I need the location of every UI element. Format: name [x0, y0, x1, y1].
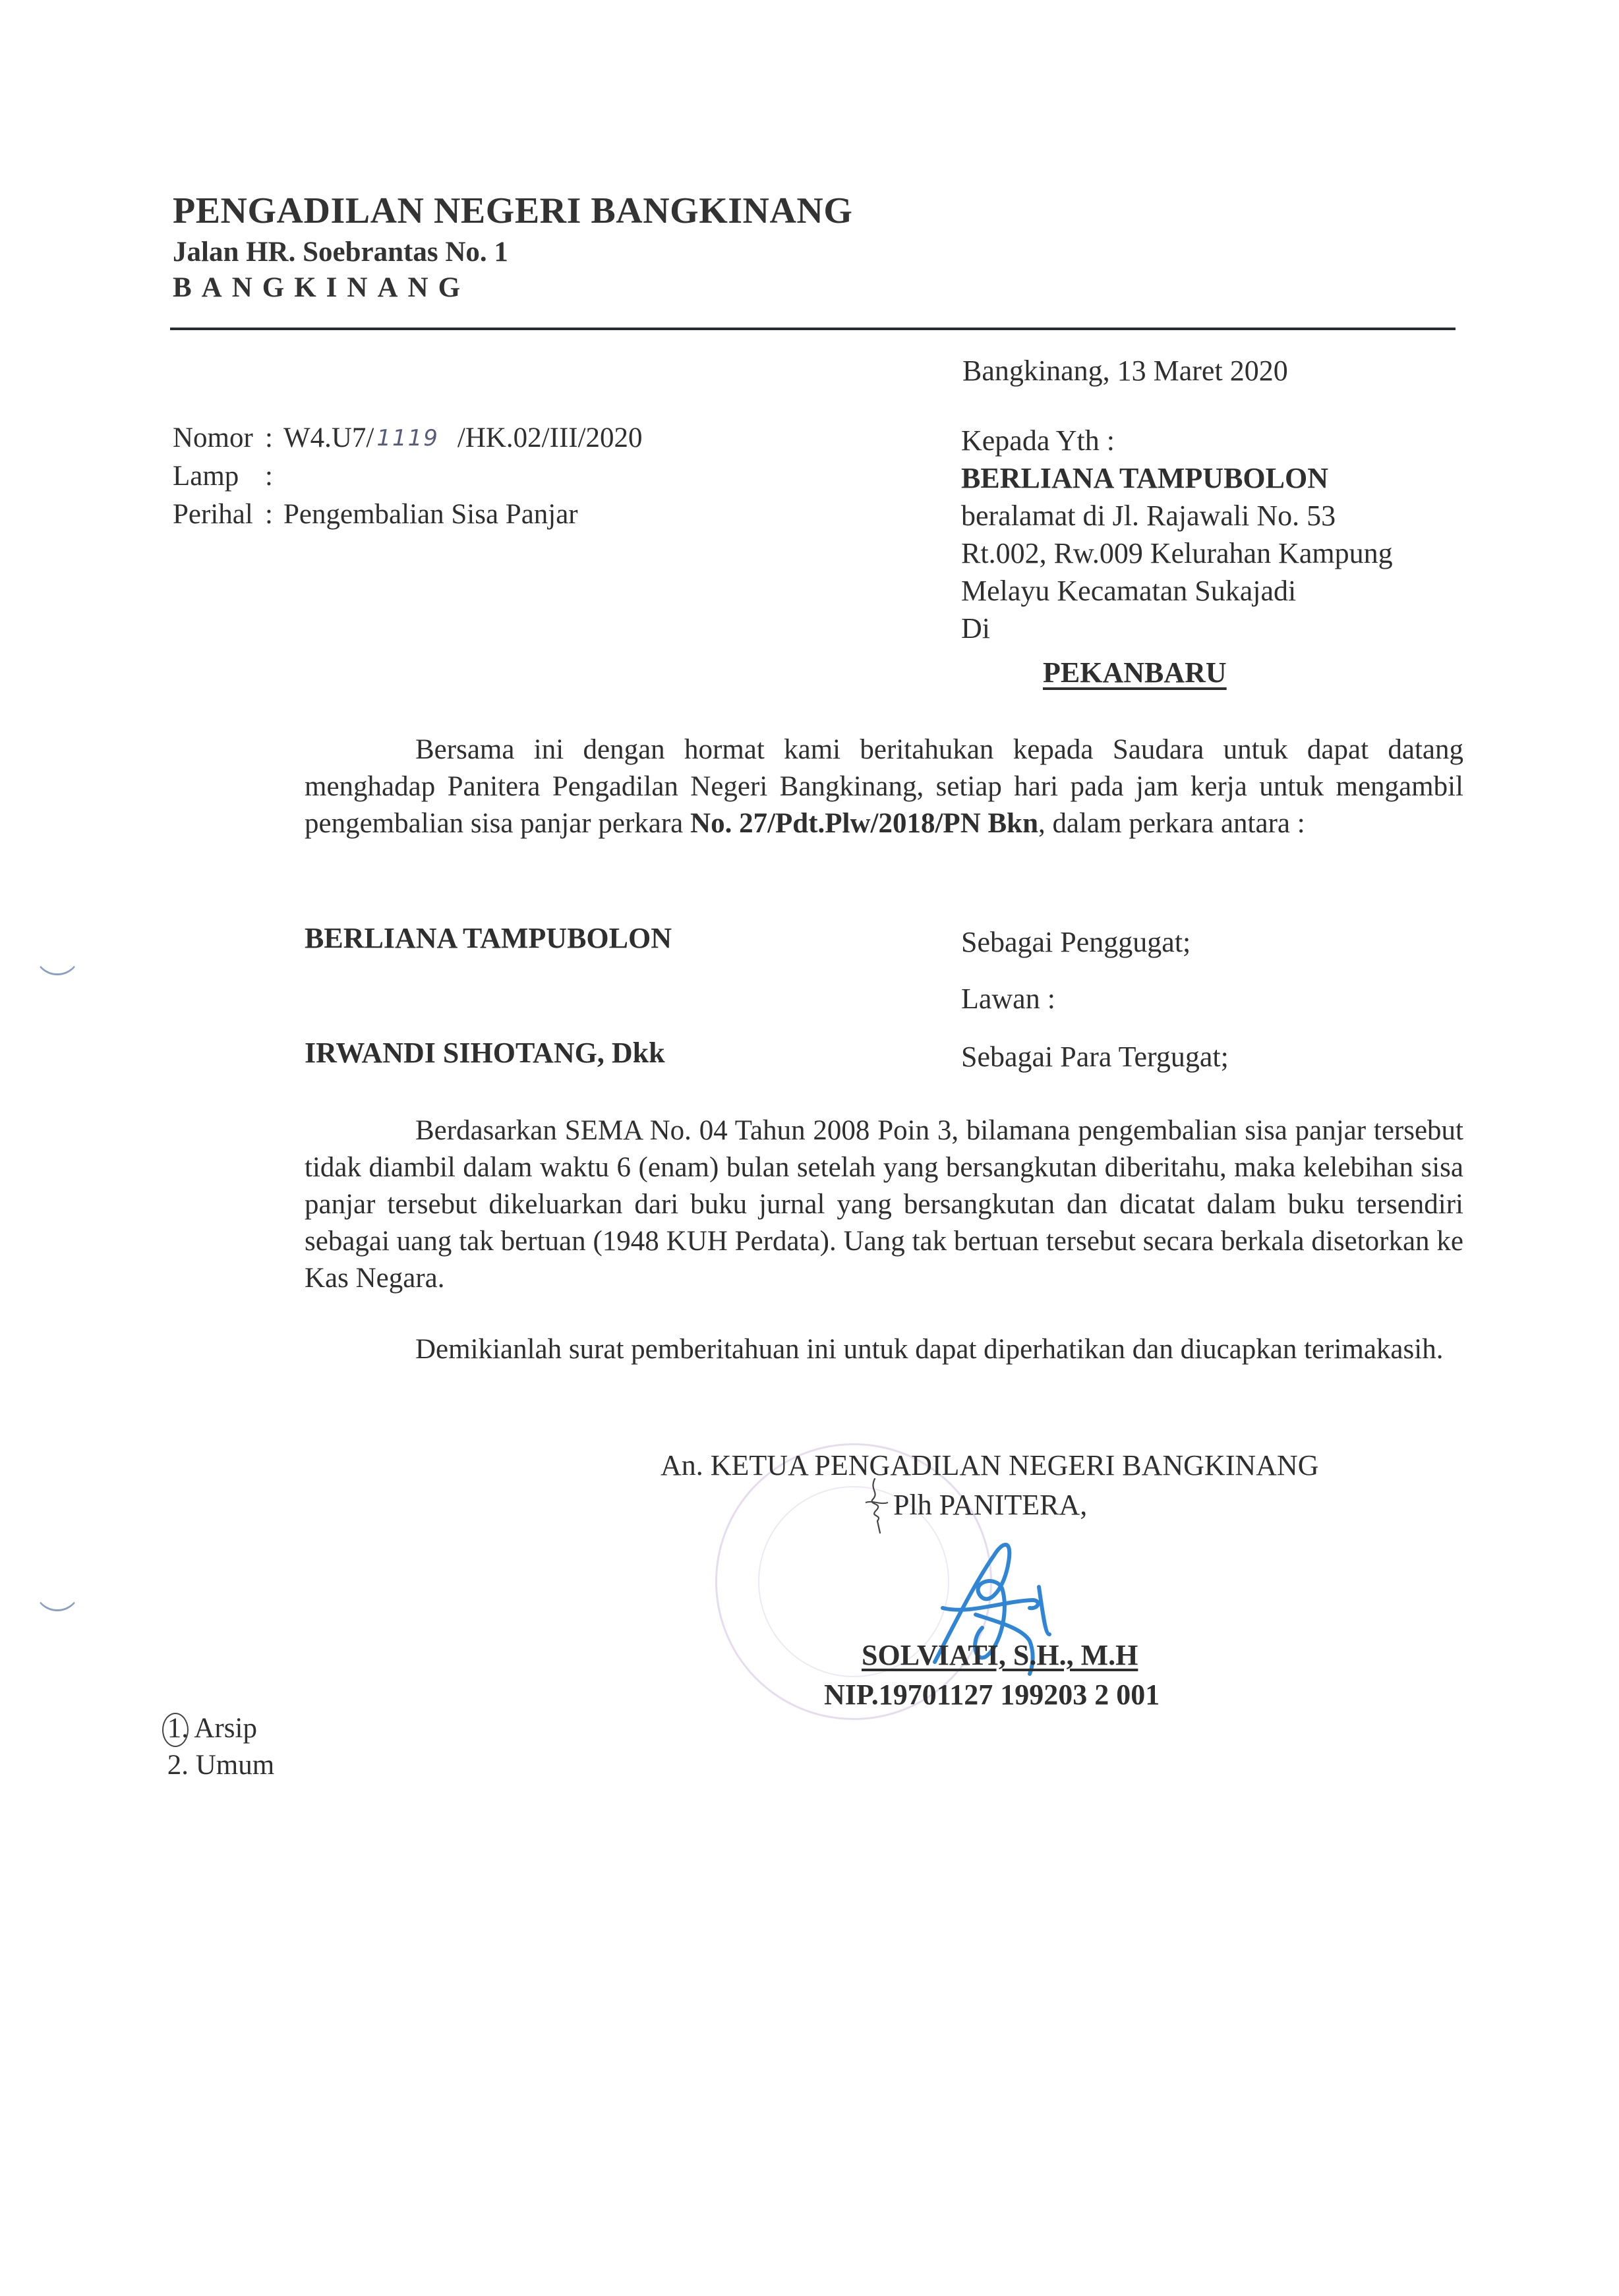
case-number: No. 27/Pdt.Plw/2018/PN Bkn: [690, 808, 1038, 839]
versus-label: Lawan :: [961, 982, 1055, 1016]
nomor-row: Nomor : W4.U7/ 1119 /HK.02/III/2020: [173, 419, 643, 457]
addressee-address-line: Rt.002, Rw.009 Kelurahan Kampung: [961, 534, 1393, 572]
letter-date: Bangkinang, 13 Maret 2020: [962, 354, 1288, 387]
distribution-number: 2.: [165, 1747, 189, 1784]
institution-address: Jalan HR. Soebrantas No. 1: [173, 236, 508, 268]
perihal-row: Perihal : Pengembalian Sisa Panjar: [173, 496, 643, 534]
nomor-prefix: W4.U7/: [283, 419, 374, 457]
addressee-name: BERLIANA TAMPUBOLON: [961, 459, 1393, 497]
addressee-destination: PEKANBARU: [1043, 656, 1227, 689]
paragraph1-tail: , dalam perkara antara :: [1038, 808, 1305, 839]
nomor-handwritten: 1119: [374, 419, 457, 457]
distribution-number-circled: 1.: [165, 1710, 189, 1747]
defendant-role: Sebagai Para Tergugat;: [961, 1040, 1229, 1074]
lamp-label: Lamp: [173, 457, 265, 496]
addressee-salutation: Kepada Yth :: [961, 422, 1393, 459]
body-paragraph-3: Demikianlah surat pemberitahuan ini untu…: [305, 1331, 1463, 1368]
distribution-item: 1. Arsip: [165, 1710, 274, 1747]
body-paragraph-1: Bersama ini dengan hormat kami beritahuk…: [305, 732, 1463, 842]
signature-on-behalf: An. KETUA PENGADILAN NEGERI BANGKINANG: [661, 1449, 1318, 1482]
plaintiff-role: Sebagai Penggugat;: [961, 925, 1191, 959]
colon: :: [265, 457, 283, 496]
distribution-item: 2. Umum: [165, 1747, 274, 1784]
addressee-address-line: beralamat di Jl. Rajawali No. 53: [961, 497, 1393, 534]
body-paragraph-2: Berdasarkan SEMA No. 04 Tahun 2008 Poin …: [305, 1112, 1463, 1297]
plaintiff-name: BERLIANA TAMPUBOLON: [305, 921, 672, 955]
letterhead-divider: [170, 328, 1456, 330]
lamp-row: Lamp :: [173, 457, 643, 496]
perihal-label: Perihal: [173, 496, 265, 534]
punch-hole-mark: [34, 929, 80, 975]
punch-hole-mark: [34, 1565, 80, 1611]
addressee-address-line: Di: [961, 610, 1393, 647]
institution-name: PENGADILAN NEGERI BANGKINANG: [173, 190, 852, 232]
defendant-name: IRWANDI SIHOTANG, Dkk: [305, 1036, 665, 1070]
perihal-value: Pengembalian Sisa Panjar: [283, 496, 578, 534]
nomor-label: Nomor: [173, 419, 265, 457]
signatory-name: SOLVIATI, S.H., M.H: [862, 1638, 1138, 1672]
colon: :: [265, 496, 283, 534]
nomor-suffix: /HK.02/III/2020: [457, 419, 643, 457]
addressee-block: Kepada Yth : BERLIANA TAMPUBOLON beralam…: [961, 422, 1393, 647]
paragraph3-text: Demikianlah surat pemberitahuan ini untu…: [415, 1334, 1443, 1365]
letter-meta: Nomor : W4.U7/ 1119 /HK.02/III/2020 Lamp…: [173, 419, 643, 534]
addressee-address-line: Melayu Kecamatan Sukajadi: [961, 572, 1393, 610]
institution-city: BANGKINANG: [173, 272, 470, 304]
distribution-label: Arsip: [194, 1713, 257, 1744]
colon: :: [265, 419, 283, 457]
signatory-nip: NIP.19701127 199203 2 001: [824, 1678, 1160, 1711]
paragraph2-text: Berdasarkan SEMA No. 04 Tahun 2008 Poin …: [305, 1115, 1463, 1294]
distribution-label: Umum: [196, 1750, 274, 1781]
distribution-list: 1. Arsip 2. Umum: [165, 1710, 274, 1784]
